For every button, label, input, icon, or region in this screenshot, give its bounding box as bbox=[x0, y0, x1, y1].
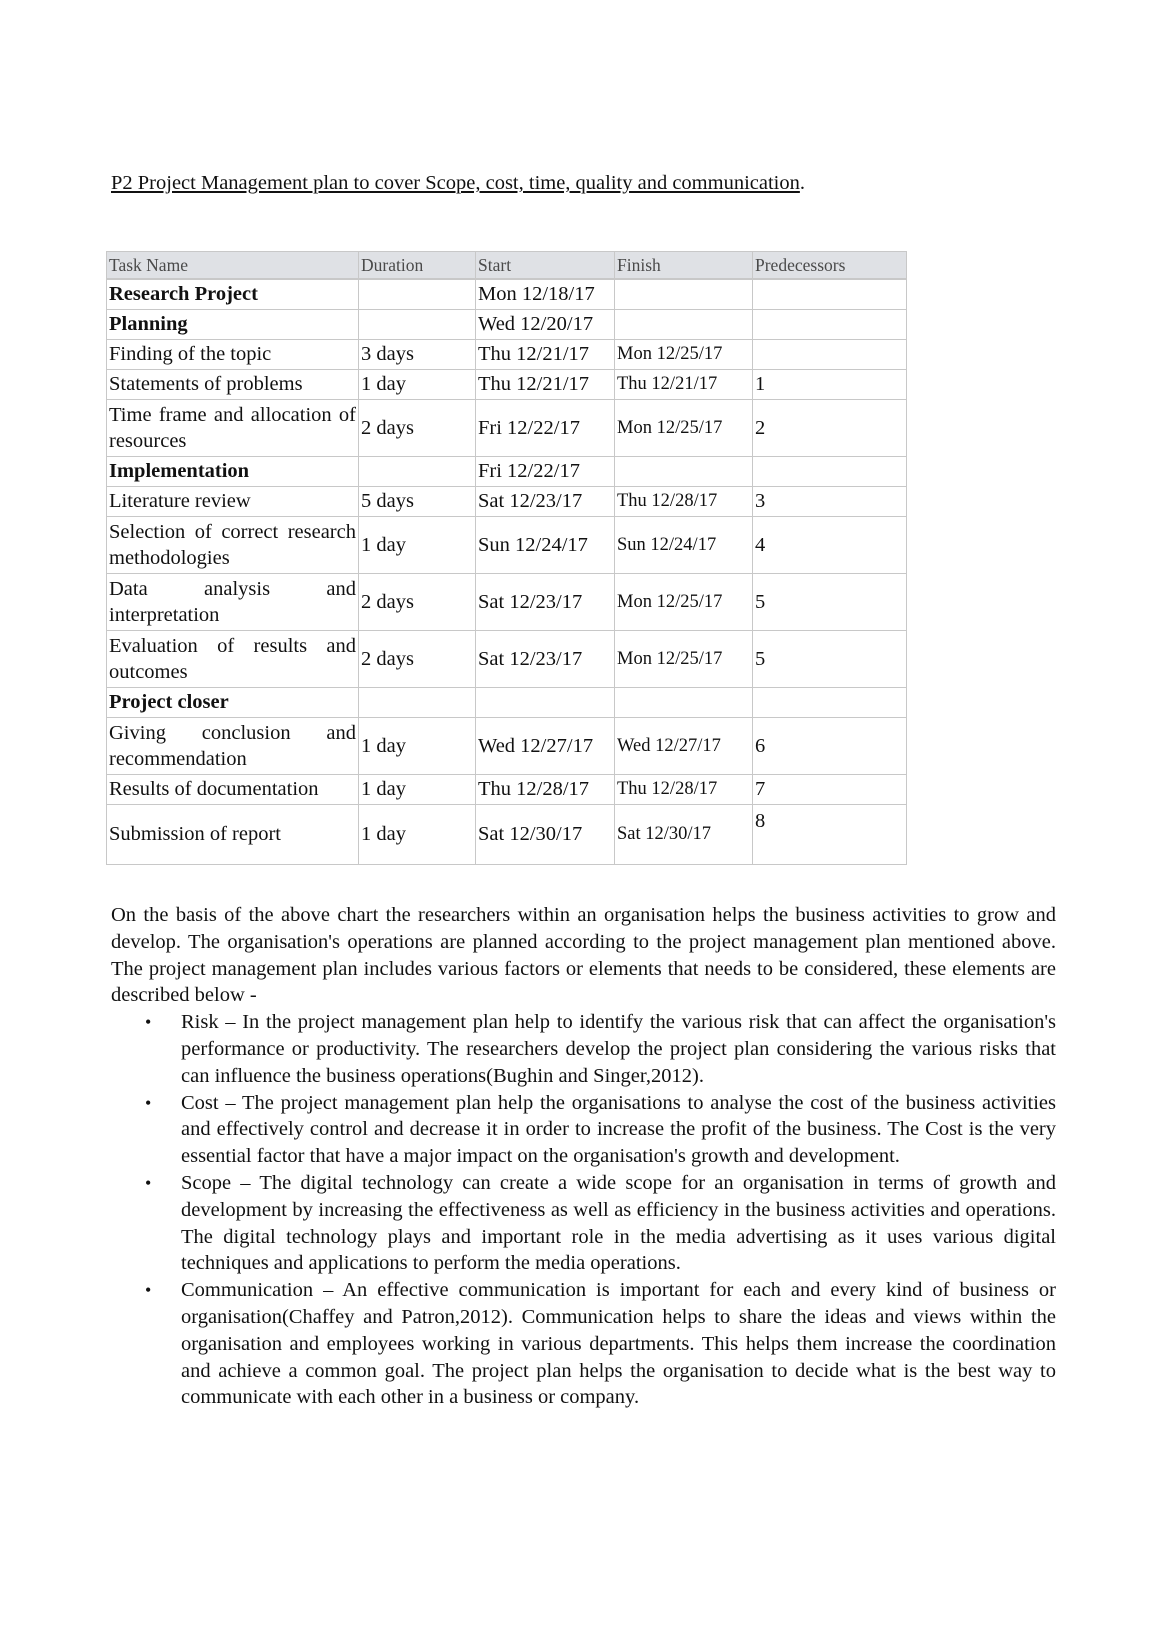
cell-duration bbox=[359, 688, 476, 718]
cell-predecessors: 2 bbox=[753, 400, 907, 457]
cell-duration bbox=[359, 457, 476, 487]
cell-duration: 2 days bbox=[359, 400, 476, 457]
cell-predecessors: 5 bbox=[753, 631, 907, 688]
cell-start: Thu 12/21/17 bbox=[476, 340, 615, 370]
table-body: Research ProjectMon 12/18/17PlanningWed … bbox=[107, 279, 907, 865]
heading-period: . bbox=[800, 172, 805, 194]
table-row: Statements of problems1 dayThu 12/21/17T… bbox=[107, 370, 907, 400]
cell-finish: Mon 12/25/17 bbox=[615, 574, 753, 631]
cell-duration: 1 day bbox=[359, 718, 476, 775]
cell-finish: Thu 12/28/17 bbox=[615, 775, 753, 805]
elements-list: •Risk – In the project management plan h… bbox=[111, 1009, 1056, 1411]
table-row: Data analysis and interpretation2 daysSa… bbox=[107, 574, 907, 631]
document-heading: P2 Project Management plan to cover Scop… bbox=[111, 171, 805, 195]
cell-predecessors bbox=[753, 279, 907, 310]
cell-predecessors: 1 bbox=[753, 370, 907, 400]
cell-start: Thu 12/28/17 bbox=[476, 775, 615, 805]
cell-task-name: Giving conclusion and recommendation bbox=[107, 718, 359, 775]
cell-start: Wed 12/20/17 bbox=[476, 310, 615, 340]
cell-finish: Mon 12/25/17 bbox=[615, 400, 753, 457]
cell-task-name: Results of documentation bbox=[107, 775, 359, 805]
table-row: Submission of report1 daySat 12/30/17Sat… bbox=[107, 805, 907, 865]
cell-start: Sat 12/23/17 bbox=[476, 574, 615, 631]
list-item-text: Cost – The project management plan help … bbox=[181, 1092, 1056, 1168]
cell-duration: 2 days bbox=[359, 574, 476, 631]
cell-finish: Thu 12/21/17 bbox=[615, 370, 753, 400]
header-task-name: Task Name bbox=[107, 252, 359, 280]
list-item: •Scope – The digital technology can crea… bbox=[111, 1170, 1056, 1277]
cell-duration: 1 day bbox=[359, 370, 476, 400]
list-item: •Communication – An effective communicat… bbox=[111, 1277, 1056, 1411]
heading-text: P2 Project Management plan to cover Scop… bbox=[111, 172, 800, 194]
cell-predecessors: 6 bbox=[753, 718, 907, 775]
cell-duration: 1 day bbox=[359, 517, 476, 574]
cell-task-name: Time frame and allocation of resources bbox=[107, 400, 359, 457]
table-row: Finding of the topic3 daysThu 12/21/17Mo… bbox=[107, 340, 907, 370]
cell-finish: Mon 12/25/17 bbox=[615, 340, 753, 370]
cell-start: Wed 12/27/17 bbox=[476, 718, 615, 775]
cell-task-name: Research Project bbox=[107, 279, 359, 310]
table-row: Selection of correct research methodolog… bbox=[107, 517, 907, 574]
cell-duration bbox=[359, 310, 476, 340]
header-predecessors: Predecessors bbox=[753, 252, 907, 280]
body-text: On the basis of the above chart the rese… bbox=[111, 902, 1056, 1411]
table-row: Research ProjectMon 12/18/17 bbox=[107, 279, 907, 310]
cell-start bbox=[476, 688, 615, 718]
cell-task-name: Implementation bbox=[107, 457, 359, 487]
cell-task-name: Statements of problems bbox=[107, 370, 359, 400]
header-start: Start bbox=[476, 252, 615, 280]
list-item-text: Scope – The digital technology can creat… bbox=[181, 1172, 1056, 1274]
document-page: P2 Project Management plan to cover Scop… bbox=[0, 0, 1158, 1638]
cell-task-name: Data analysis and interpretation bbox=[107, 574, 359, 631]
project-plan-table: Task Name Duration Start Finish Predeces… bbox=[106, 251, 907, 865]
list-item-text: Communication – An effective communicati… bbox=[181, 1279, 1056, 1408]
cell-duration: 2 days bbox=[359, 631, 476, 688]
cell-finish: Thu 12/28/17 bbox=[615, 487, 753, 517]
cell-duration: 3 days bbox=[359, 340, 476, 370]
intro-paragraph: On the basis of the above chart the rese… bbox=[111, 902, 1056, 1009]
cell-predecessors bbox=[753, 457, 907, 487]
table-row: Results of documentation1 dayThu 12/28/1… bbox=[107, 775, 907, 805]
cell-task-name: Planning bbox=[107, 310, 359, 340]
list-item-text: Risk – In the project management plan he… bbox=[181, 1011, 1056, 1087]
cell-finish: Sat 12/30/17 bbox=[615, 805, 753, 865]
cell-task-name: Selection of correct research methodolog… bbox=[107, 517, 359, 574]
cell-finish bbox=[615, 688, 753, 718]
cell-start: Sat 12/23/17 bbox=[476, 487, 615, 517]
cell-duration bbox=[359, 279, 476, 310]
cell-start: Mon 12/18/17 bbox=[476, 279, 615, 310]
cell-task-name: Finding of the topic bbox=[107, 340, 359, 370]
table-header-row: Task Name Duration Start Finish Predeces… bbox=[107, 252, 907, 280]
cell-predecessors: 5 bbox=[753, 574, 907, 631]
cell-finish bbox=[615, 279, 753, 310]
cell-task-name: Project closer bbox=[107, 688, 359, 718]
table-row: Time frame and allocation of resources2 … bbox=[107, 400, 907, 457]
cell-predecessors: 7 bbox=[753, 775, 907, 805]
bullet-icon: • bbox=[145, 1009, 151, 1036]
cell-predecessors bbox=[753, 310, 907, 340]
cell-finish: Sun 12/24/17 bbox=[615, 517, 753, 574]
bullet-icon: • bbox=[145, 1277, 151, 1304]
table-row: Giving conclusion and recommendation1 da… bbox=[107, 718, 907, 775]
list-item: •Cost – The project management plan help… bbox=[111, 1090, 1056, 1170]
cell-start: Sat 12/23/17 bbox=[476, 631, 615, 688]
cell-task-name: Literature review bbox=[107, 487, 359, 517]
table-row: PlanningWed 12/20/17 bbox=[107, 310, 907, 340]
cell-finish: Wed 12/27/17 bbox=[615, 718, 753, 775]
cell-start: Fri 12/22/17 bbox=[476, 400, 615, 457]
cell-predecessors: 4 bbox=[753, 517, 907, 574]
cell-finish bbox=[615, 310, 753, 340]
cell-task-name: Submission of report bbox=[107, 805, 359, 865]
table-row: Project closer bbox=[107, 688, 907, 718]
header-duration: Duration bbox=[359, 252, 476, 280]
cell-duration: 5 days bbox=[359, 487, 476, 517]
cell-finish: Mon 12/25/17 bbox=[615, 631, 753, 688]
table-row: Literature review5 daysSat 12/23/17Thu 1… bbox=[107, 487, 907, 517]
cell-predecessors: 3 bbox=[753, 487, 907, 517]
cell-finish bbox=[615, 457, 753, 487]
cell-predecessors bbox=[753, 340, 907, 370]
cell-start: Sun 12/24/17 bbox=[476, 517, 615, 574]
cell-duration: 1 day bbox=[359, 775, 476, 805]
cell-predecessors: 8 bbox=[753, 805, 907, 865]
header-finish: Finish bbox=[615, 252, 753, 280]
bullet-icon: • bbox=[145, 1090, 151, 1117]
table-row: Evaluation of results and outcomes2 days… bbox=[107, 631, 907, 688]
table-row: ImplementationFri 12/22/17 bbox=[107, 457, 907, 487]
cell-task-name: Evaluation of results and outcomes bbox=[107, 631, 359, 688]
cell-duration: 1 day bbox=[359, 805, 476, 865]
cell-predecessors bbox=[753, 688, 907, 718]
bullet-icon: • bbox=[145, 1170, 151, 1197]
list-item: •Risk – In the project management plan h… bbox=[111, 1009, 1056, 1089]
cell-start: Fri 12/22/17 bbox=[476, 457, 615, 487]
cell-start: Thu 12/21/17 bbox=[476, 370, 615, 400]
cell-start: Sat 12/30/17 bbox=[476, 805, 615, 865]
